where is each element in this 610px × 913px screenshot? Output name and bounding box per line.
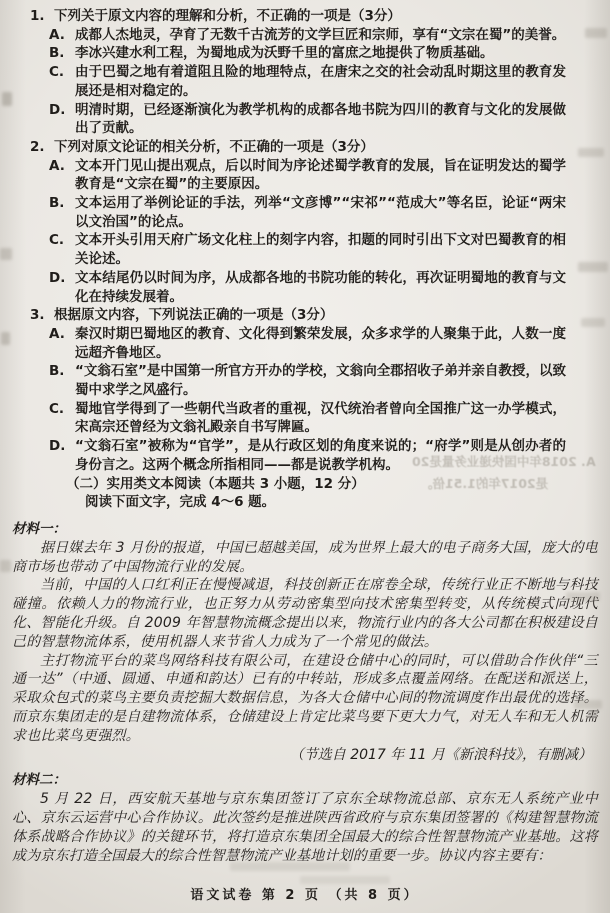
question-stem-text: 根据原文内容，下列说法正确的一项是（3分） <box>54 307 333 323</box>
option-c: C. 由于巴蜀之地有着道阻且险的地理特点，在唐宋之交的社会动乱时期这里的教育发展… <box>49 63 566 100</box>
section-two-heading: （二）实用类文本阅读（本题共 3 小题，12 分） <box>66 475 566 494</box>
option-text: 明清时期，已经逐渐演化为教学机构的成都各地书院为四川的教育与文化的发展做出了贡献… <box>75 102 566 137</box>
option-label: B. <box>49 362 64 381</box>
question-number: 1. <box>30 7 45 26</box>
material-one-paragraph: 据日媒去年 3 月份的报道，中国已超越美国，成为世界上最大的电子商务大国，庞大的… <box>12 539 598 577</box>
option-label: D. <box>49 269 65 288</box>
question-number: 3. <box>30 306 45 325</box>
option-label: A. <box>49 325 65 344</box>
option-a: A. 成都人杰地灵，孕育了无数千古流芳的文学巨匠和宗师，享有“文宗在蜀”的美誉。 <box>49 26 566 45</box>
multiple-choice-questions: 1. 下列关于原文内容的理解和分析，不正确的一项是（3分） A. 成都人杰地灵，… <box>30 7 566 512</box>
scan-smudge <box>2 92 12 106</box>
option-b: B. “文翁石室”是中国第一所官方开办的学校，文翁向全郡招收子弟并亲自教授，以致… <box>49 362 566 399</box>
option-text: 李冰兴建水利工程，为蜀地成为沃野千里的富庶之地提供了物质基础。 <box>75 45 494 61</box>
question-stem: 3. 根据原文内容，下列说法正确的一项是（3分） <box>30 306 566 325</box>
section-two-instruction: 阅读下面文字，完成 4～6 题。 <box>85 493 566 512</box>
scan-smudge <box>1 332 10 345</box>
question-1: 1. 下列关于原文内容的理解和分析，不正确的一项是（3分） A. 成都人杰地灵，… <box>30 7 566 138</box>
option-text: 文本运用了举例论证的手法，列举“文彦博”“宋祁”“范成大”等名臣，论证“两宋以文… <box>75 195 566 230</box>
question-stem: 2. 下列对原文论证的相关分析，不正确的一项是（3分） <box>30 138 566 157</box>
option-d: D. 明清时期，已经逐渐演化为教学机构的成都各地书院为四川的教育与文化的发展做出… <box>49 101 566 138</box>
question-2: 2. 下列对原文论证的相关分析，不正确的一项是（3分） A. 文本开门见山提出观… <box>30 138 566 306</box>
question-3: 3. 根据原文内容，下列说法正确的一项是（3分） A. 秦汉时期巴蜀地区的教育、… <box>30 306 566 474</box>
option-label: B. <box>49 44 64 63</box>
question-number: 2. <box>30 138 45 157</box>
option-label: C. <box>49 231 64 250</box>
question-stem-text: 下列关于原文内容的理解和分析，不正确的一项是（3分） <box>54 8 401 24</box>
option-text: “文翁石室”被称为“官学”，是从行政区划的角度来说的；“府学”则是从创办者的身份… <box>75 438 566 473</box>
option-label: C. <box>49 63 64 82</box>
material-one-paragraph: 当前，中国的人口红利正在慢慢减退，科技创新正在席卷全球，传统行业正不断地与科技碰… <box>12 576 598 651</box>
option-d: D. “文翁石室”被称为“官学”，是从行政区划的角度来说的；“府学”则是从创办者… <box>49 437 566 474</box>
option-text: 由于巴蜀之地有着道阻且险的地理特点，在唐宋之交的社会动乱时期这里的教育发展还是相… <box>75 64 566 99</box>
option-text: 文本开头引用天府广场文化柱上的刻字内容，扣题的同时引出下文对巴蜀教育的相关论述。 <box>75 232 566 267</box>
page-footer: 语文试卷 第 2 页 （共 8 页） <box>0 884 610 903</box>
option-c: C. 蜀地官学得到了一些朝代当政者的重视，汉代统治者曾向全国推广这一办学模式，宋… <box>49 400 566 437</box>
option-b: B. 李冰兴建水利工程，为蜀地成为沃野千里的富庶之地提供了物质基础。 <box>49 44 566 63</box>
option-label: C. <box>49 400 64 419</box>
scan-smudge <box>581 318 605 327</box>
reading-materials: 材料一： 据日媒去年 3 月份的报道，中国已超越美国，成为世界上最大的电子商务大… <box>12 513 598 865</box>
option-label: B. <box>49 194 64 213</box>
scan-smudge <box>578 262 608 272</box>
option-label: D. <box>49 437 65 456</box>
option-d: D. 文本结尾仍以时间为序，从成都各地的书院功能的转化，再次证明蜀地的教育与文化… <box>49 269 566 306</box>
scan-smudge <box>300 876 390 884</box>
scan-smudge <box>0 560 11 572</box>
option-text: 蜀地官学得到了一些朝代当政者的重视，汉代统治者曾向全国推广这一办学模式，宋高宗还… <box>75 401 566 436</box>
material-one-paragraph: 主打物流平台的菜鸟网络科技有限公司，在建设仓储中心的同时，可以借助合作伙伴“三通… <box>12 652 598 746</box>
option-label: D. <box>49 101 65 120</box>
option-text: 秦汉时期巴蜀地区的教育、文化得到繁荣发展，众多求学的人聚集于此，人数一度远超齐鲁… <box>75 326 566 361</box>
question-stem-text: 下列对原文论证的相关分析，不正确的一项是（3分） <box>54 139 374 155</box>
option-text: “文翁石室”是中国第一所官方开办的学校，文翁向全郡招收子弟并亲自教授，以致蜀中求… <box>75 363 566 398</box>
material-two-paragraph: 5 月 22 日，西安航天基地与京东集团签订了京东全球物流总部、京东无人系统产业… <box>12 790 598 865</box>
material-one-attribution: （节选自 2017 年 11 月《新浪科技》，有删减） <box>12 746 598 765</box>
option-a: A. 文本开门见山提出观点，后以时间为序论述蜀学教育的发展，旨在证明发达的蜀学教… <box>49 157 566 194</box>
exam-paper-page: 1. 下列关于原文内容的理解和分析，不正确的一项是（3分） A. 成都人杰地灵，… <box>0 0 610 913</box>
option-c: C. 文本开头引用天府广场文化柱上的刻字内容，扣题的同时引出下文对巴蜀教育的相关… <box>49 231 566 268</box>
option-label: A. <box>49 26 65 45</box>
scan-smudge <box>578 148 604 157</box>
question-stem: 1. 下列关于原文内容的理解和分析，不正确的一项是（3分） <box>30 7 566 26</box>
option-label: A. <box>49 157 65 176</box>
option-text: 文本结尾仍以时间为序，从成都各地的书院功能的转化，再次证明蜀地的教育与文化在持续… <box>75 270 566 305</box>
scan-smudge <box>585 28 607 38</box>
scan-smudge <box>0 248 12 260</box>
option-b: B. 文本运用了举例论证的手法，列举“文彦博”“宋祁”“范成大”等名臣，论证“两… <box>49 194 566 231</box>
option-text: 文本开门见山提出观点，后以时间为序论述蜀学教育的发展，旨在证明发达的蜀学教育是“… <box>75 158 566 193</box>
material-one-label: 材料一： <box>12 520 598 539</box>
option-a: A. 秦汉时期巴蜀地区的教育、文化得到繁荣发展，众多求学的人聚集于此，人数一度远… <box>49 325 566 362</box>
material-two-label: 材料二： <box>12 771 598 790</box>
option-text: 成都人杰地灵，孕育了无数千古流芳的文学巨匠和宗师，享有“文宗在蜀”的美誉。 <box>75 27 565 43</box>
